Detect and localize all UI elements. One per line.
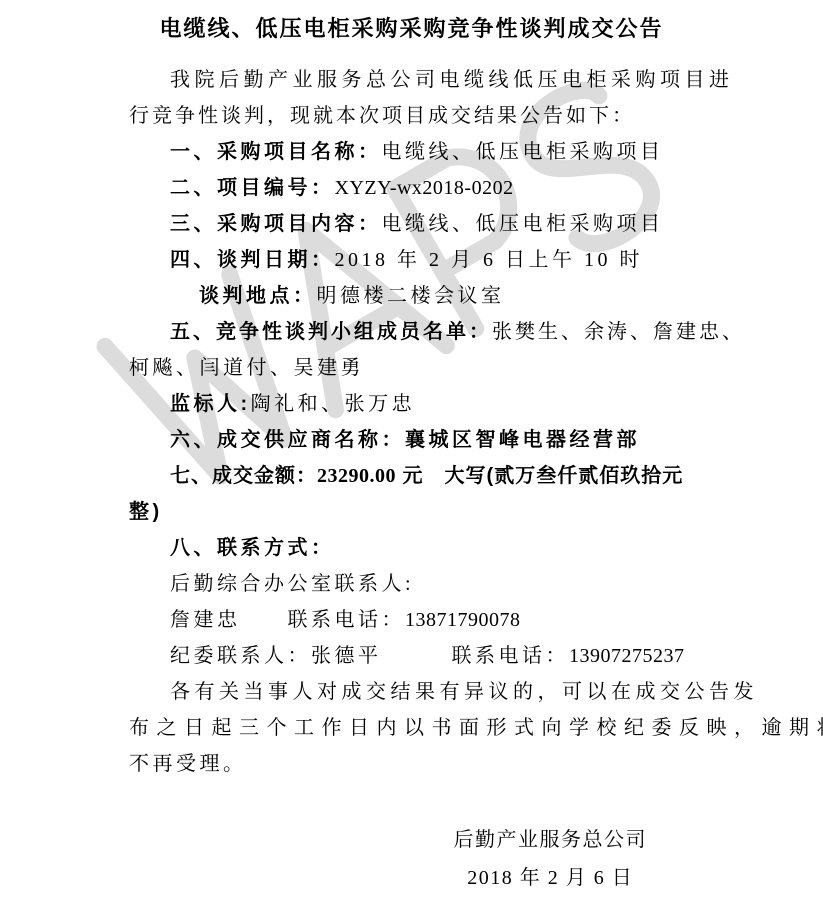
item-negotiation-date: 四、谈判日期：2018 年 2 月 6 日上午 10 时 xyxy=(0,242,823,278)
project-name-value: 电缆线、低压电柜采购项目 xyxy=(382,141,664,163)
intro-line-1: 我院后勤产业服务总公司电缆线低压电柜采购项目进 xyxy=(0,62,823,98)
amount-number: 23290.00 xyxy=(317,465,396,487)
jiwei-label: 纪委联系人： xyxy=(170,645,311,667)
signature-date: 2018 年 2 月 6 日 xyxy=(454,860,648,896)
contact-person: 詹建忠 xyxy=(170,609,241,631)
supervisors-label: 监标人: xyxy=(170,393,251,415)
contact-header-label: 八、联系方式： xyxy=(170,537,335,559)
project-number-value: XYZY-wx2018-0202 xyxy=(335,177,514,199)
item-panel-members: 五、竞争性谈判小组成员名单：张樊生、余涛、詹建忠、 xyxy=(0,314,823,350)
item-supplier: 六、成交供应商名称：襄城区智峰电器经营部 xyxy=(0,422,823,458)
signature-block: 后勤产业服务总公司 2018 年 2 月 6 日 xyxy=(0,822,823,896)
negotiation-place-value: 明德楼二楼会议室 xyxy=(317,285,505,307)
jiwei-contact-line: 纪委联系人：张德平联系电话：13907275237 xyxy=(0,638,823,674)
closing-line-3: 不再受理。 xyxy=(0,746,823,782)
contact-person-line: 詹建忠联系电话：13871790078 xyxy=(0,602,823,638)
item-amount-cont: 整) xyxy=(0,494,823,530)
item-project-name: 一、采购项目名称：电缆线、低压电柜采购项目 xyxy=(0,134,823,170)
project-name-label: 一、采购项目名称： xyxy=(170,141,382,163)
contact-phone-label: 联系电话： xyxy=(288,609,406,631)
intro-text-2: 行竞争性谈判，现就本次项目成交结果公告如下： xyxy=(129,105,635,127)
closing-text-2: 布之日起三个工作日内以书面形式向学校纪委反映，逾期将 xyxy=(129,717,823,739)
project-number-label: 二、项目编号： xyxy=(170,177,335,199)
amount-words-cont: 整) xyxy=(129,501,163,523)
negotiation-date-label: 四、谈判日期： xyxy=(170,249,335,271)
closing-text-1: 各有关当事人对成交结果有异议的，可以在成交公告发 xyxy=(170,681,758,703)
jiwei-phone: 13907275237 xyxy=(569,645,685,667)
closing-line-1: 各有关当事人对成交结果有异议的，可以在成交公告发 xyxy=(0,674,823,710)
jiwei-phone-label: 联系电话： xyxy=(452,645,570,667)
intro-text-1: 我院后勤产业服务总公司电缆线低压电柜采购项目进 xyxy=(170,69,734,91)
amount-words: 元 大写(贰万叁仟贰佰玖拾元 xyxy=(396,465,683,487)
project-content-label: 三、采购项目内容： xyxy=(170,213,382,235)
document-content: 电缆线、低压电柜采购采购竞争性谈判成交公告 我院后勤产业服务总公司电缆线低压电柜… xyxy=(0,0,823,896)
intro-line-2: 行竞争性谈判，现就本次项目成交结果公告如下： xyxy=(0,98,823,134)
item-project-number: 二、项目编号：XYZY-wx2018-0202 xyxy=(0,170,823,206)
supervisors-value: 陶礼和、张万忠 xyxy=(251,393,416,415)
item-project-content: 三、采购项目内容：电缆线、低压电柜采购项目 xyxy=(0,206,823,242)
contact-phone: 13871790078 xyxy=(405,609,521,631)
supplier-label: 六、成交供应商名称： xyxy=(170,429,405,451)
closing-line-2: 布之日起三个工作日内以书面形式向学校纪委反映，逾期将 xyxy=(0,710,823,746)
negotiation-date-value: 2018 年 2 月 6 日上午 10 时 xyxy=(335,249,644,271)
jiwei-person: 张德平 xyxy=(311,645,382,667)
supplier-value: 襄城区智峰电器经营部 xyxy=(405,429,640,451)
item-panel-members-cont: 柯飚、闫道付、吴建勇 xyxy=(0,350,823,386)
panel-names-line2: 柯飚、闫道付、吴建勇 xyxy=(129,357,364,379)
document-page: WAPS 电缆线、低压电柜采购采购竞争性谈判成交公告 我院后勤产业服务总公司电缆… xyxy=(0,0,823,898)
panel-names-line1: 张樊生、余涛、詹建忠、 xyxy=(492,321,745,343)
item-amount: 七、成交金额：23290.00 元 大写(贰万叁仟贰佰玖拾元 xyxy=(0,458,823,494)
item-contact-header: 八、联系方式： xyxy=(0,530,823,566)
negotiation-place-label: 谈判地点： xyxy=(199,285,317,307)
project-content-value: 电缆线、低压电柜采购项目 xyxy=(382,213,664,235)
signature-org: 后勤产业服务总公司 xyxy=(454,822,648,858)
closing-text-3: 不再受理。 xyxy=(129,753,247,775)
item-supervisors: 监标人:陶礼和、张万忠 xyxy=(0,386,823,422)
contact-office-line: 后勤综合办公室联系人: xyxy=(0,566,823,602)
item-negotiation-place: 谈判地点：明德楼二楼会议室 xyxy=(0,278,823,314)
signature-inner: 后勤产业服务总公司 2018 年 2 月 6 日 xyxy=(454,822,648,896)
contact-office: 后勤综合办公室联系人: xyxy=(170,573,414,595)
doc-title: 电缆线、低压电柜采购采购竞争性谈判成交公告 xyxy=(0,0,823,44)
amount-label: 七、成交金额： xyxy=(170,465,317,487)
panel-label: 五、竞争性谈判小组成员名单： xyxy=(170,321,492,343)
